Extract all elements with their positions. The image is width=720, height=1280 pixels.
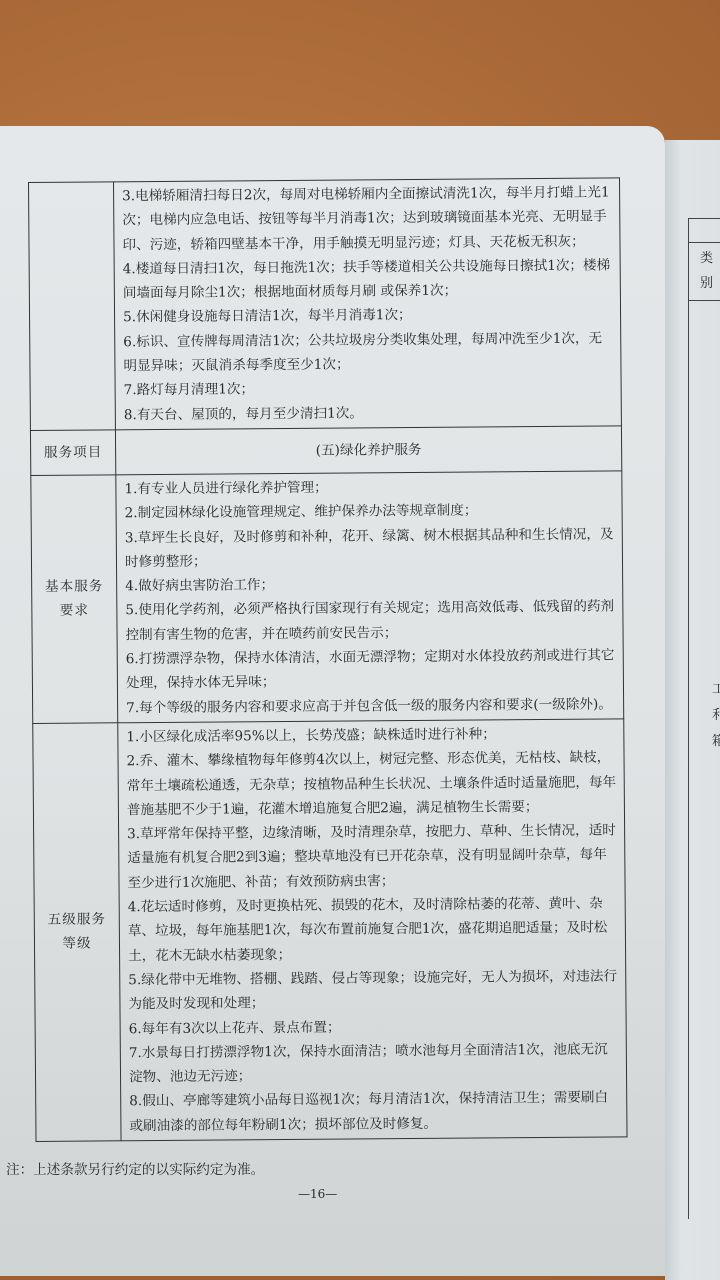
table-row-header: 服务项目 (五)绿化养护服务 [30, 426, 621, 476]
adjacent-row-line [688, 300, 720, 301]
list-item: 5.使用化学药剂，必须严格执行国家现行有关规定；选用高效低毒、低残留的药剂控制有… [125, 595, 616, 647]
level-five-label: 五级服务等级 [33, 723, 121, 1142]
service-standard-table: 3.电梯轿厢清扫每日2次，每周对电梯轿厢内全面擦试清洗1次，每半月打蜡上光1次；… [28, 177, 628, 1142]
list-item: 4.楼道每日清扫1次，每日拖洗1次；扶手等楼道相关公共设施每日擦拭1次；楼梯间墙… [123, 253, 614, 305]
list-item: 2.乔、灌木、攀缘植物每年修剪4次以上，树冠完整、形态优美，无枯枝、缺枝，常年土… [126, 746, 618, 823]
list-item: 7.每个等级的服务内容和要求应高于并包含低一级的服务内容和要求(一级除外)。 [126, 692, 617, 720]
table-row-level-five: 五级服务等级 1.小区绿化成活率95%以上，长势茂盛；缺株适时进行补种； 2.乔… [33, 719, 627, 1142]
table-row-basic: 基本服务要求 1.有专业人员进行绿化养护管理； 2.制定园林绿化设施管理规定、维… [31, 471, 624, 724]
page-number: —16— [298, 1187, 337, 1201]
list-item: 5.绿化带中无堆物、搭棚、践踏、侵占等现象；设施完好，无人为损坏，对违法行为能及… [128, 964, 619, 1016]
list-item: 3.草坪生长良好，及时修剪和补种，花开、绿篱、树木根据其品种和生长情况，及时修剪… [125, 522, 616, 574]
service-item-label: 服务项目 [30, 430, 115, 476]
adjacent-row-line [688, 242, 720, 243]
continued-content-cell: 3.电梯轿厢清扫每日2次，每周对电梯轿厢内全面擦试清洗1次，每半月打蜡上光1次；… [114, 178, 622, 430]
basic-requirements-label: 基本服务要求 [31, 475, 118, 724]
footnote: 注：上述条款另行约定的以实际约定为准。 [6, 1158, 264, 1178]
adjacent-side-char: 箱 [712, 730, 720, 749]
list-item: 3.草坪常年保持平整，边缘清晰，及时清理杂草，按肥力、草种、生长情况，适时适量施… [127, 819, 619, 896]
table-row-continued: 3.电梯轿厢清扫每日2次，每周对电梯轿厢内全面擦试清洗1次，每半月打蜡上光1次；… [29, 178, 622, 431]
adjacent-side-char: 利 [712, 704, 720, 723]
adjacent-side-char: 工 [712, 678, 720, 697]
list-item: 6.打捞漂浮杂物，保持水体清洁，水面无漂浮物；定期对水体投放药剂或进行其它处理，… [126, 643, 617, 695]
basic-requirements-cell: 1.有专业人员进行绿化养护管理； 2.制定园林绿化设施管理规定、维护保养办法等规… [116, 471, 624, 723]
level-five-cell: 1.小区绿化成活率95%以上，长势茂盛；缺株适时进行补种； 2.乔、灌木、攀缘植… [118, 719, 627, 1141]
adjacent-header-char: 类 [700, 247, 713, 266]
list-item: 7.水景每日打捞漂浮物1次，保持水面清洁；喷水池每月全面清洁1次，池底无沉淀物、… [129, 1037, 620, 1089]
list-item: 8.有天台、屋顶的，每月至少清扫1次。 [124, 399, 615, 427]
empty-label-cell [29, 182, 116, 431]
adjacent-header-char: 别 [700, 272, 713, 291]
list-item: 6.标识、宣传牌每周清洁1次；公共垃圾房分类收集处理，每周冲洗至少1次，无明显异… [123, 326, 614, 378]
list-item: 3.电梯轿厢清扫每日2次，每周对电梯轿厢内全面擦试清洗1次，每半月打蜡上光1次；… [122, 180, 614, 257]
list-item: 8.假山、亭廊等建筑小品每日巡视1次；每月清洁1次，保持清洁卫生；需要刷白或刷油… [129, 1086, 620, 1138]
list-item: 4.花坛适时修剪，及时更换枯死、损毁的花木，及时清除枯萎的花蒂、黄叶、杂草、垃圾… [128, 891, 620, 968]
section-title: (五)绿化养护服务 [115, 426, 621, 475]
